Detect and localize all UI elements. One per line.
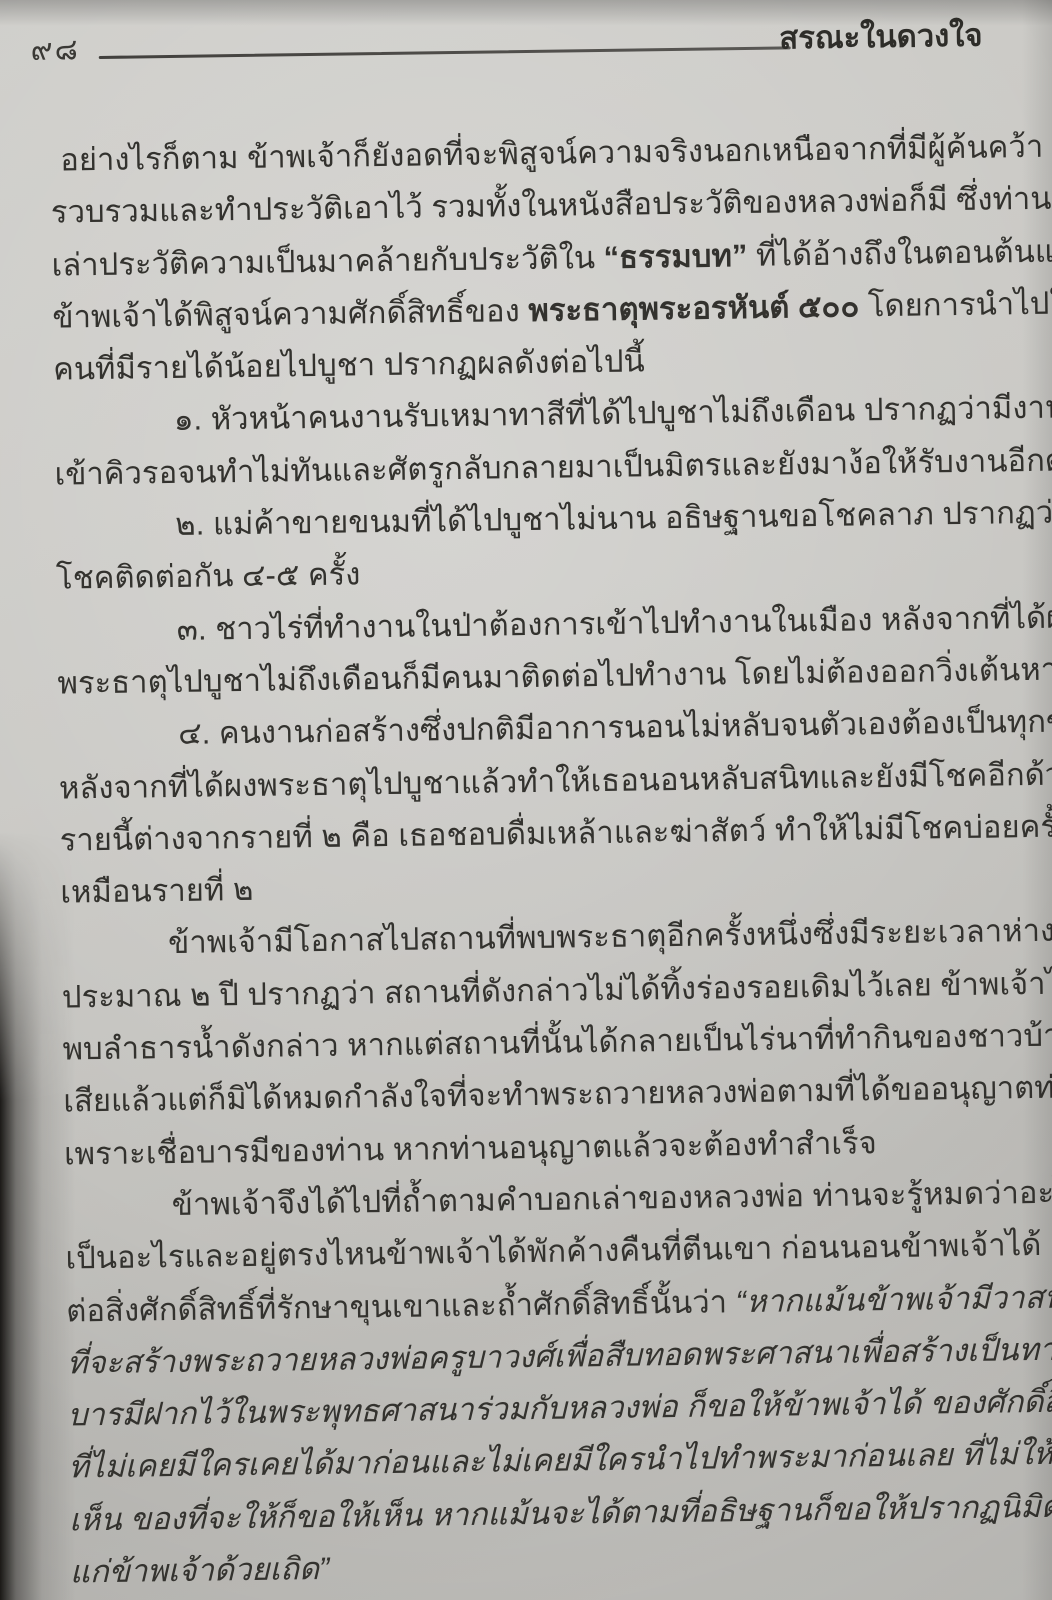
bold-term-relics: พระธาตุพระอรหันต์ ๕๐๐ bbox=[528, 288, 859, 328]
book-page-photo: ๙๘ สรณะในดวงใจ อย่างไรก็ตาม ข้าพเจ้าก็ยั… bbox=[0, 0, 1052, 1600]
body-text: อย่างไรก็ตาม ข้าพเจ้าก็ยังอดที่จะพิสูจน์… bbox=[50, 121, 1040, 1599]
line-text: ที่ได้อ้างถึงในตอนต้นแล้ว bbox=[747, 233, 1052, 273]
header-rule bbox=[99, 46, 791, 59]
page-content: ๙๘ สรณะในดวงใจ อย่างไรก็ตาม ข้าพเจ้าก็ยั… bbox=[0, 0, 1052, 1600]
line-text: ข้าพเจ้าได้พิสูจน์ความศักดิ์สิทธิ์ของ bbox=[52, 293, 528, 335]
prayer-quote-text: “หากแม้นข้าพเจ้ามีวาสนาบารมี bbox=[735, 1278, 1052, 1319]
page-number: ๙๘ bbox=[30, 26, 80, 74]
header-title: สรณะในดวงใจ bbox=[779, 10, 983, 63]
page-header: ๙๘ สรณะในดวงใจ bbox=[0, 9, 1052, 70]
line-text: โดยการนำไปให้ bbox=[859, 285, 1052, 323]
line-text: ต่อสิ่งศักดิ์สิทธิ์ที่รักษาขุนเขาและถ้ำศ… bbox=[66, 1284, 736, 1328]
line-text: เล่าประวัติความเป็นมาคล้ายกับประวัติใน bbox=[51, 240, 603, 283]
bold-term-dhammapada: “ธรรมบท” bbox=[603, 238, 747, 275]
